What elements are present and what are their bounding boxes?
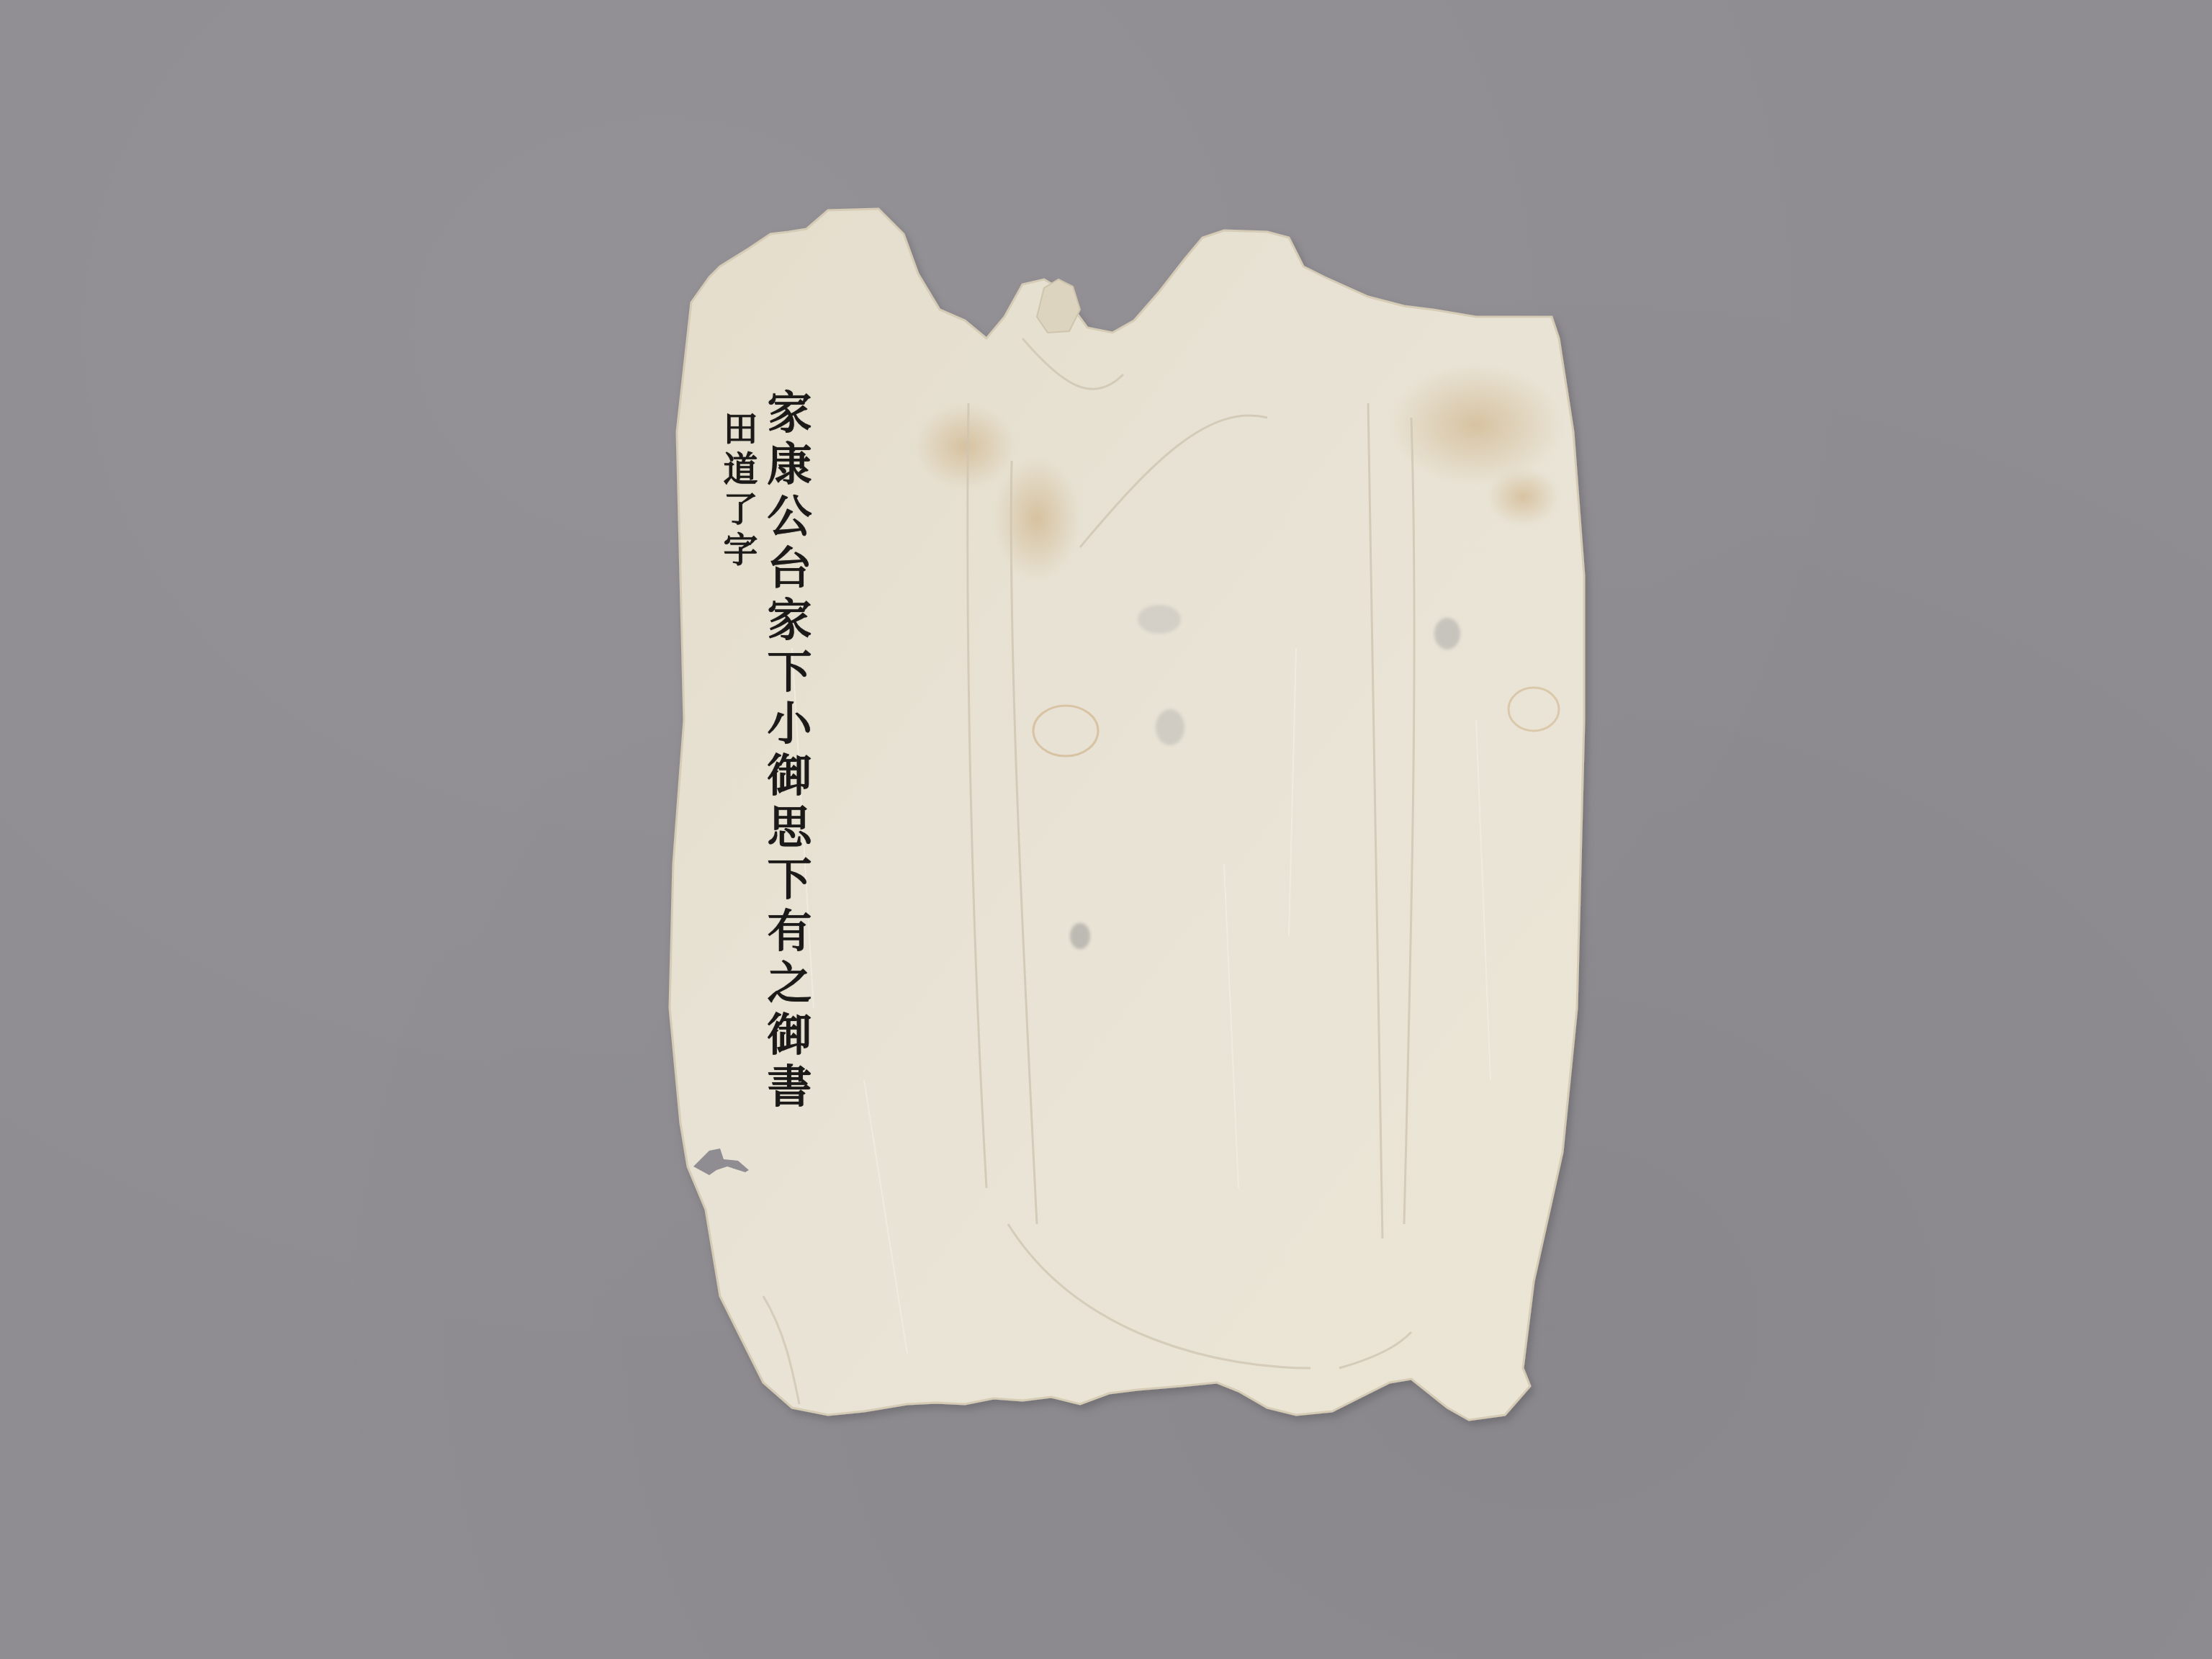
photo-stage: 家康公台家下小御思下有之御書 田道了字 [0,0,2212,1659]
washi-paper-sheet [0,0,2212,1659]
stain-left-lower [994,457,1080,580]
calligraphy-side-column: 田道了字 [720,410,755,572]
ink-smudge [1138,605,1181,634]
stain-left-upper [914,403,1015,490]
ink-smudge [1434,618,1460,649]
ink-smudge [1156,709,1184,745]
calligraphy-main-column: 家康公台家下小御思下有之御書 [763,389,808,1115]
stain-right-lower [1487,468,1559,526]
ink-smudge [1070,923,1090,949]
stain-right-upper [1390,364,1563,486]
